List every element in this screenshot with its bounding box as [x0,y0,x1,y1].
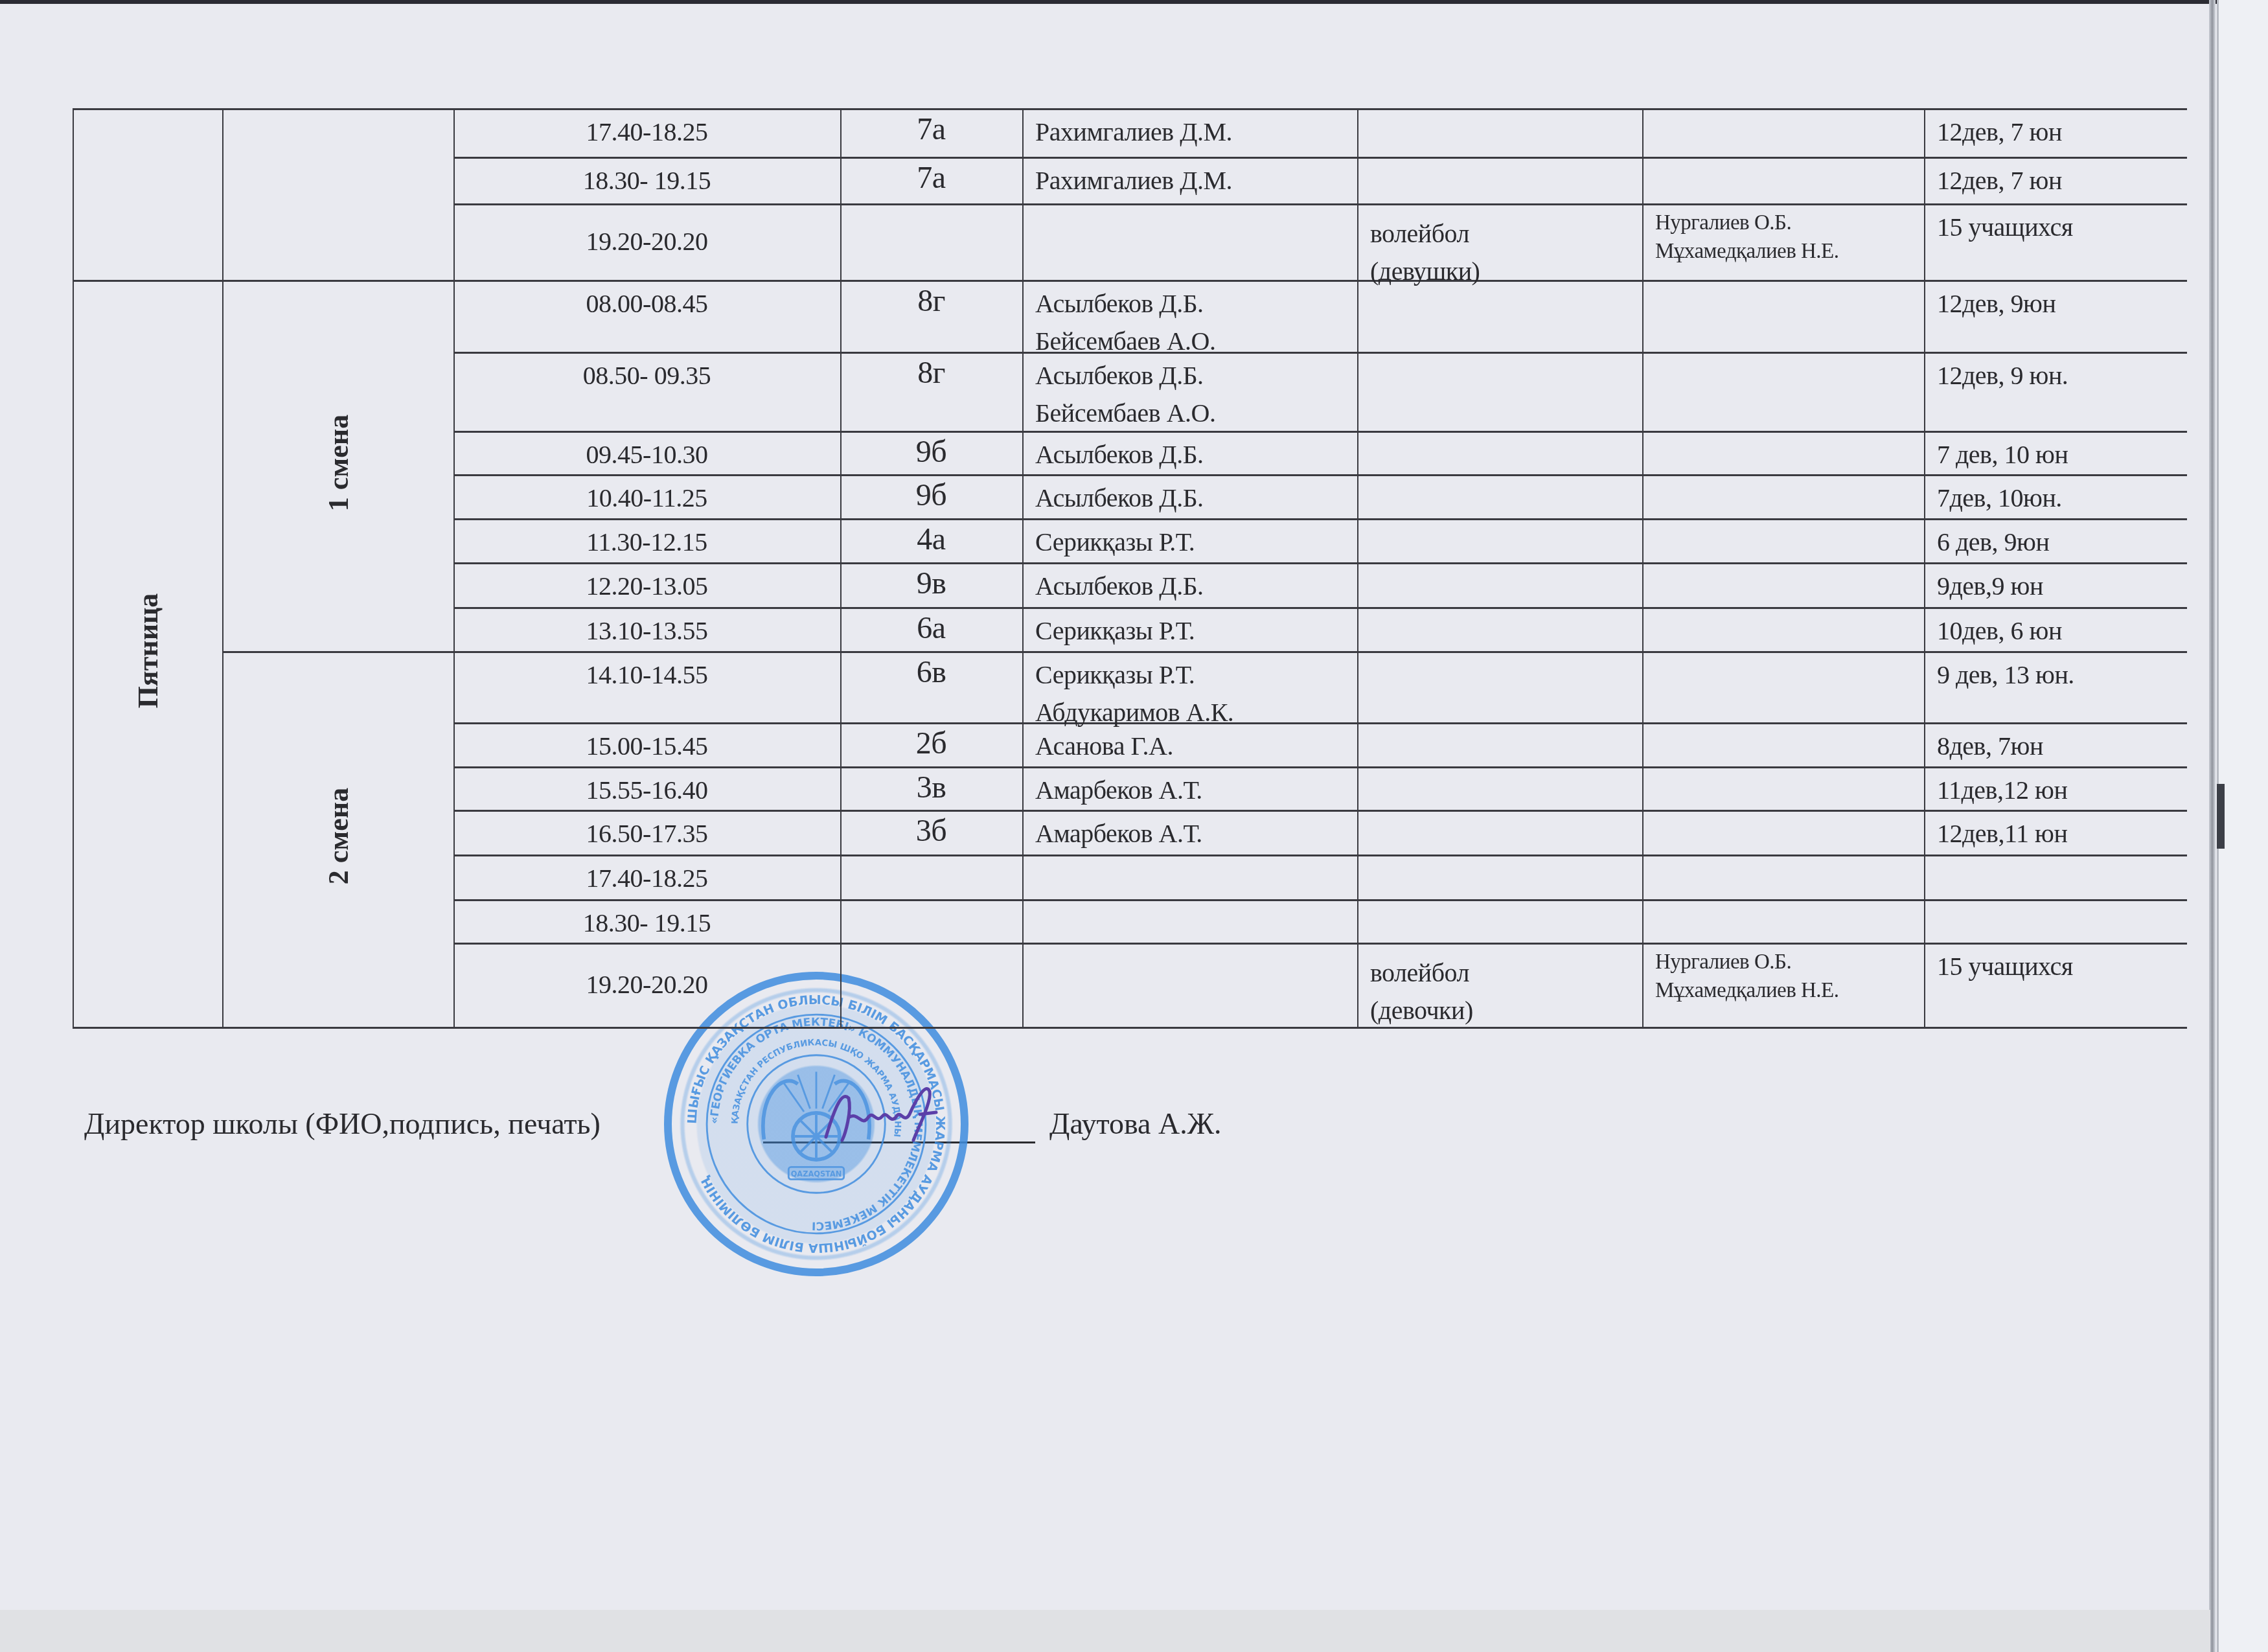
teacher-name: Серикқазы Р.Т. [1035,612,1351,650]
page-edge-shadow [2209,0,2216,1652]
time-slot: 15.00-15.45 [453,728,840,765]
svg-text:QAZAQSTAN: QAZAQSTAN [791,1169,842,1178]
class-name: 6а [840,610,1022,647]
table-row-border [453,562,2187,564]
student-count: 12дев, 7 юн [1937,162,2181,200]
student-count: 12дев,11 юн [1937,815,2181,853]
student-count: 9 дев, 13 юн. [1937,656,2181,694]
class-name: 3б [840,812,1022,850]
teacher-name: Рахимгалиев Д.М. [1035,113,1351,151]
teacher-name: Асылбеков Д.Б. [1035,436,1351,474]
table-row-border [453,518,2187,520]
time-slot: 17.40-18.25 [453,860,840,897]
director-signature [823,1079,939,1150]
scan-bottom-strip [0,1610,2210,1652]
time-slot: 09.45-10.30 [453,436,840,474]
table-row-border [453,943,2187,945]
leader-names: Нургалиев О.Б. Мұхамедқалиев Н.Е. [1655,209,1918,266]
teacher-name: Серикқазы Р.Т. Абдукаримов А.К. [1035,656,1351,731]
time-slot: 17.40-18.25 [453,113,840,151]
table-column-border [222,108,223,1027]
student-count: 12дев, 9юн [1937,285,2181,323]
table-row-border [73,1027,2187,1029]
page-tab-marker [2217,784,2225,849]
class-name: 8г [840,354,1022,392]
class-name: 8г [840,282,1022,320]
time-slot: 11.30-12.15 [453,523,840,561]
time-slot: 16.50-17.35 [453,815,840,853]
table-row-border [453,766,2187,768]
class-name: 9в [840,565,1022,602]
student-count: 7 дев, 10 юн [1937,436,2181,474]
teacher-name: Асылбеков Д.Б. Бейсембаев А.О. [1035,357,1351,432]
student-count: 11дев,12 юн [1937,772,2181,809]
day-label: Пятница [131,586,164,715]
table-row-border [453,203,2187,205]
director-name: Даутова А.Ж. [1049,1107,1221,1141]
student-count: 10дев, 6 юн [1937,612,2181,650]
table-row-border [453,607,2187,609]
time-slot: 08.50- 09.35 [453,357,840,395]
table-row-border [453,855,2187,856]
table-row-border [73,280,2187,282]
teacher-name: Амарбеков А.Т. [1035,772,1351,809]
class-name: 2б [840,725,1022,763]
student-count: 12дев, 7 юн [1937,113,2181,151]
teacher-name: Амарбеков А.Т. [1035,815,1351,853]
director-label: Директор школы (ФИО,подпись, печать) [84,1107,601,1141]
table-column-border [1924,108,1925,1027]
class-name: 9б [840,477,1022,514]
student-count: 8дев, 7юн [1937,728,2181,765]
time-slot: 08.00-08.45 [453,285,840,323]
teacher-name: Асанова Г.А. [1035,728,1351,765]
teacher-name: Асылбеков Д.Б. [1035,568,1351,605]
class-name: 6в [840,654,1022,691]
class-name: 7а [840,159,1022,197]
teacher-name: Серикқазы Р.Т. [1035,523,1351,561]
activity-name: волейбол (девочки) [1370,954,1636,1029]
table-column-border [1642,108,1644,1027]
student-count: 12дев, 9 юн. [1937,357,2181,395]
table-row-border [222,651,2187,653]
teacher-name: Асылбеков Д.Б. [1035,479,1351,517]
class-name: 3в [840,769,1022,807]
class-name: 4а [840,521,1022,558]
time-slot: 19.20-20.20 [453,209,840,275]
table-row-border [453,899,2187,901]
time-slot: 12.20-13.05 [453,568,840,605]
table-row-border [453,157,2187,159]
time-slot: 10.40-11.25 [453,479,840,517]
student-count: 15 учащихся [1937,209,2181,246]
class-name: 9б [840,433,1022,471]
scan-top-edge [0,0,2228,4]
time-slot: 13.10-13.55 [453,612,840,650]
activity-name: волейбол (девушки) [1370,215,1636,290]
time-slot: 15.55-16.40 [453,772,840,809]
student-count: 7дев, 10юн. [1937,479,2181,517]
time-slot: 18.30- 19.15 [453,162,840,200]
teacher-name: Рахимгалиев Д.М. [1035,162,1351,200]
leader-names: Нургалиев О.Б. Мұхамедқалиев Н.Е. [1655,948,1918,1005]
teacher-name: Асылбеков Д.Б. Бейсембаев А.О. [1035,285,1351,360]
time-slot: 19.20-20.20 [453,948,840,1022]
student-count: 6 дев, 9юн [1937,523,2181,561]
shift-label: 2 смена [321,765,354,908]
table-column-border [1357,108,1358,1027]
shift-label: 1 смена [321,391,354,534]
table-column-border [1022,108,1024,1027]
table-row-border [453,810,2187,812]
class-name: 7а [840,111,1022,148]
time-slot: 18.30- 19.15 [453,904,840,942]
table-row-border [73,108,2187,110]
student-count: 9дев,9 юн [1937,568,2181,605]
table-row-border [453,474,2187,476]
time-slot: 14.10-14.55 [453,656,840,694]
table-column-border [73,108,74,1027]
student-count: 15 учащихся [1937,948,2181,985]
